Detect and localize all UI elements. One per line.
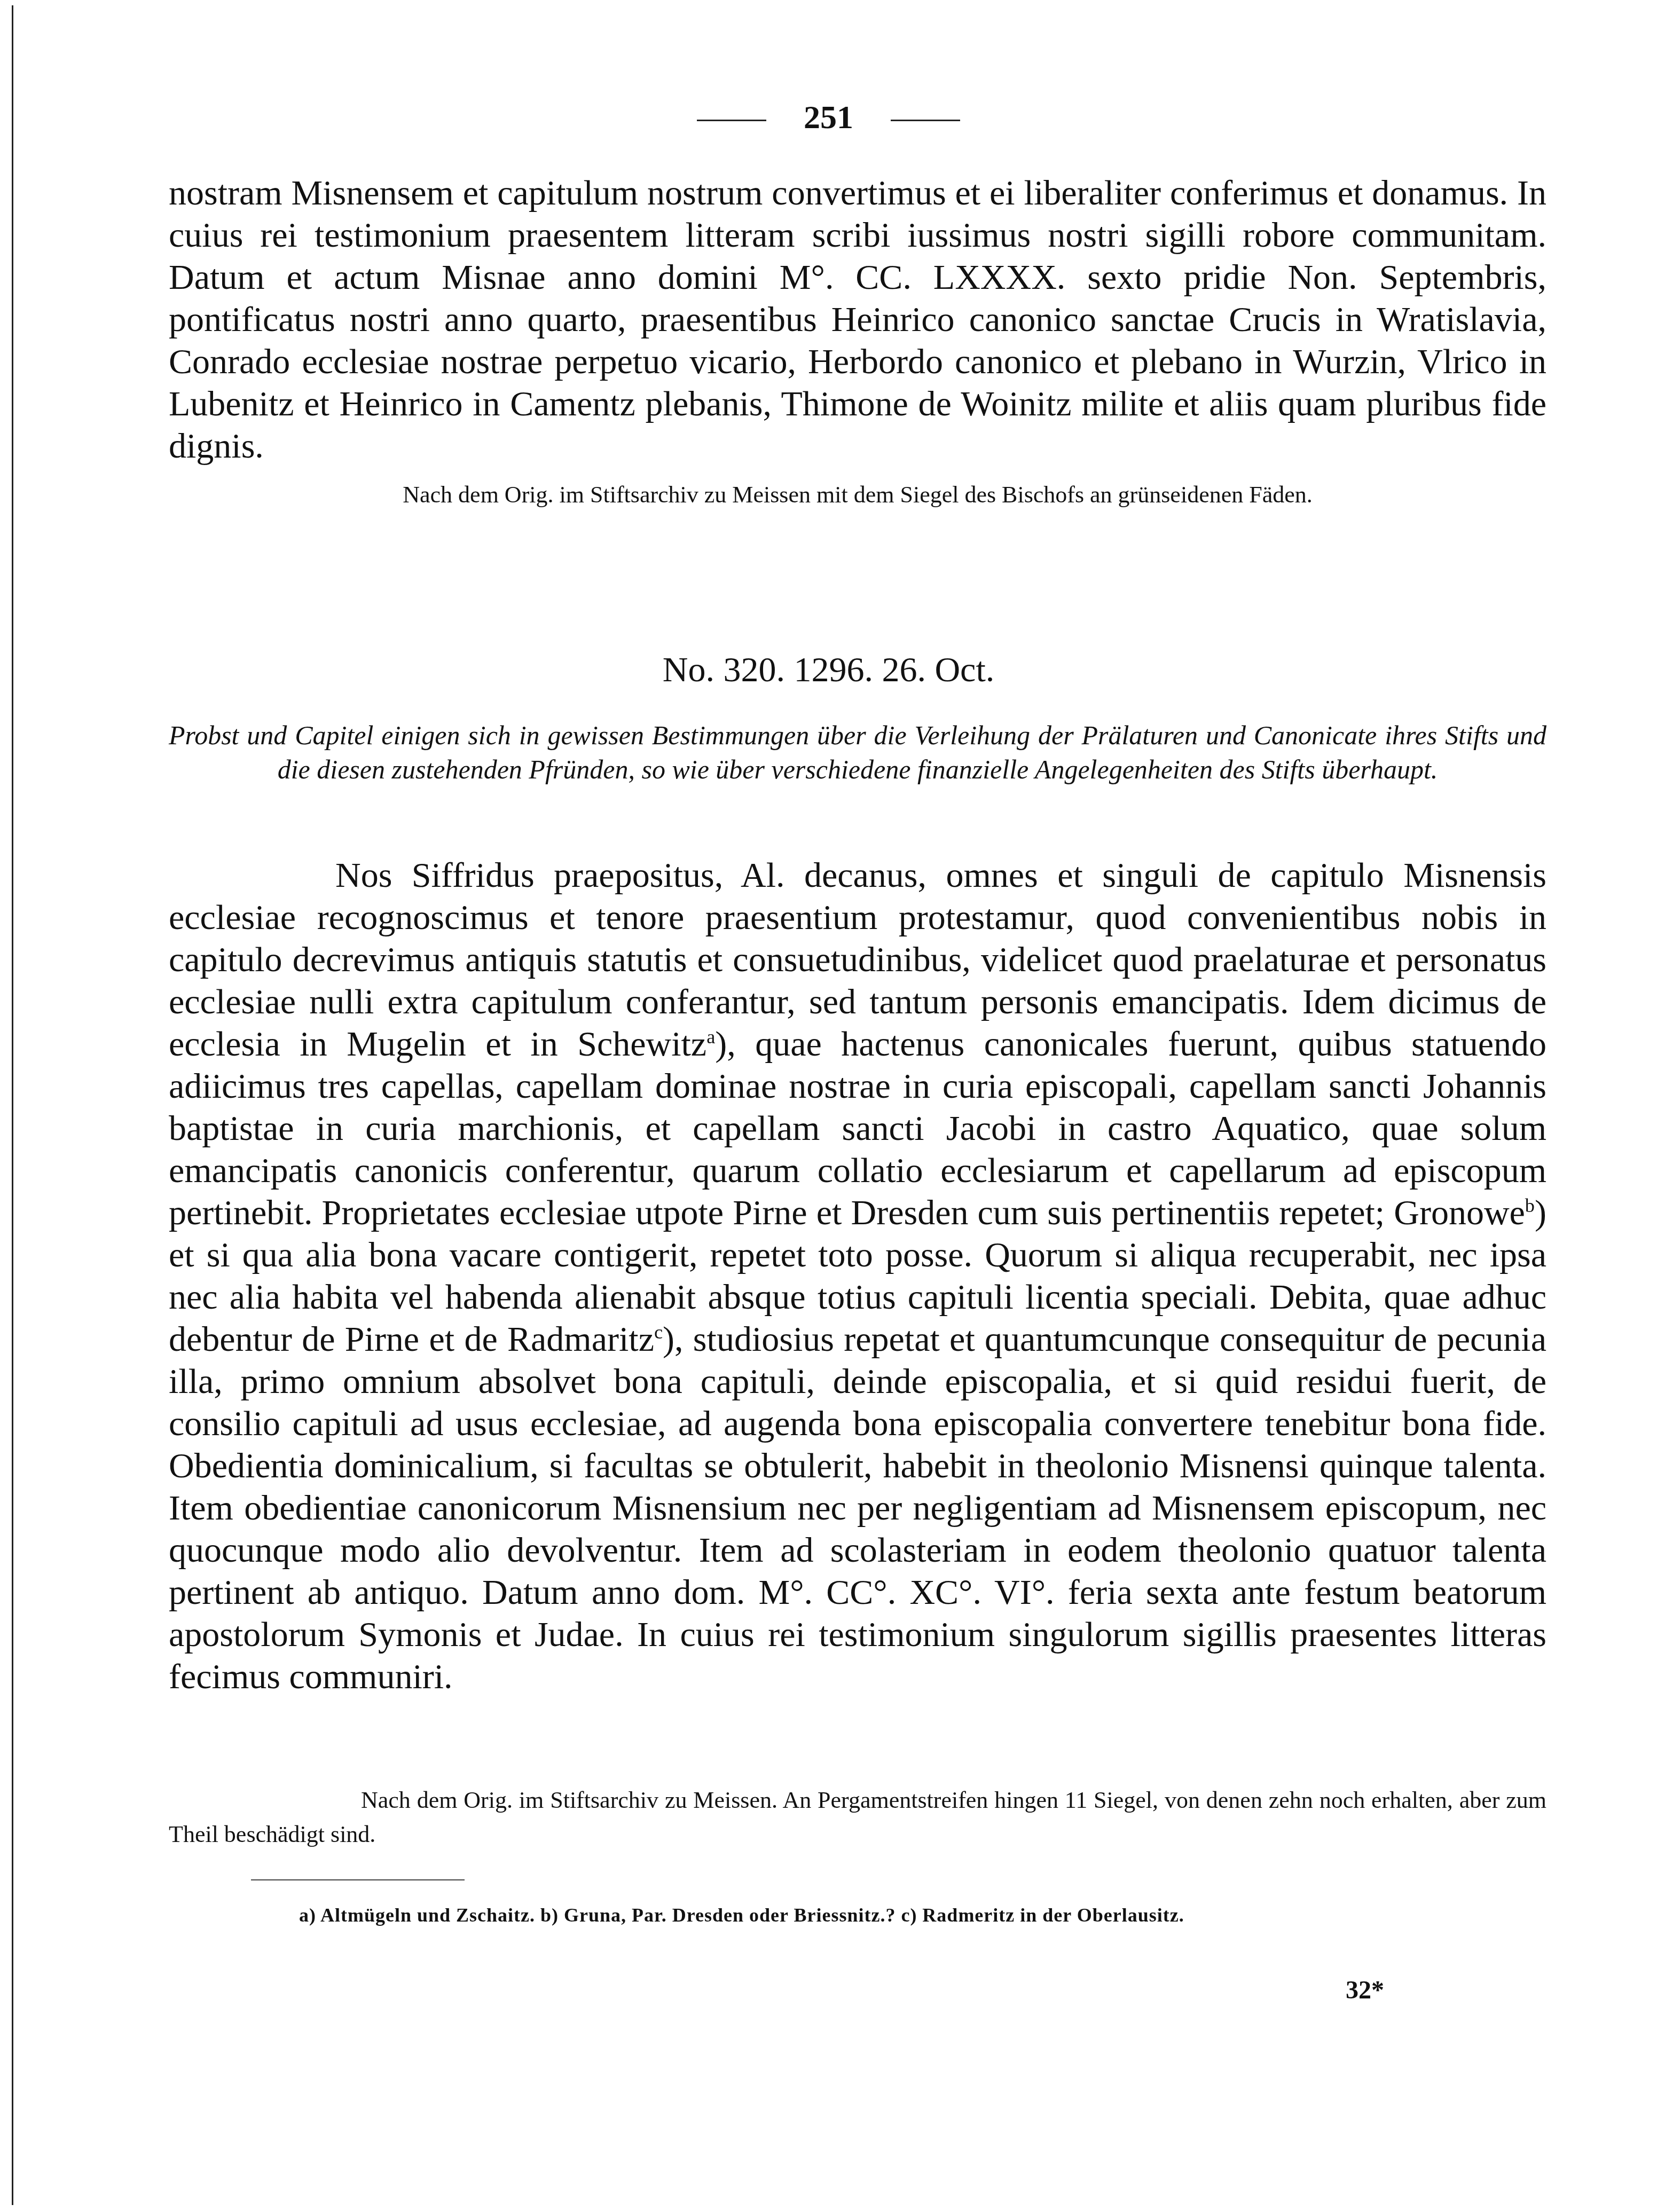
document-summary: Probst und Capitel einigen sich in gewis… xyxy=(169,718,1546,786)
page-number: 251 xyxy=(804,99,853,136)
header-dash-right xyxy=(891,120,960,121)
document-body-paragraph: Nos Siffridus praepositus, Al. decanus, … xyxy=(169,854,1546,1698)
page-header: 251 xyxy=(0,96,1657,139)
signature-mark: 32* xyxy=(1346,1975,1384,2005)
footnote-ref-b: b xyxy=(1525,1195,1535,1216)
scan-edge-line xyxy=(12,5,13,2205)
header-dash-left xyxy=(697,120,766,121)
continuation-source-note: Nach dem Orig. im Stiftsarchiv zu Meisse… xyxy=(169,478,1546,512)
continuation-paragraph: nostram Misnensem et capitulum nostrum c… xyxy=(169,172,1546,467)
continuation-text-block: nostram Misnensem et capitulum nostrum c… xyxy=(169,172,1546,467)
footnote-separator xyxy=(251,1879,465,1880)
document-body: Nos Siffridus praepositus, Al. decanus, … xyxy=(169,854,1546,1698)
footnote-ref-c: c xyxy=(654,1321,663,1343)
footnote-ref-a: a xyxy=(706,1026,715,1048)
document-source-note: Nach dem Orig. im Stiftsarchiv zu Meisse… xyxy=(169,1783,1546,1852)
body-part-4: ), studiosius repetat et quantumcunque c… xyxy=(169,1320,1546,1696)
document-title: No. 320. 1296. 26. Oct. xyxy=(0,649,1657,691)
footnotes: a) Altmügeln und Zschaitz. b) Gruna, Par… xyxy=(299,1902,1184,1928)
